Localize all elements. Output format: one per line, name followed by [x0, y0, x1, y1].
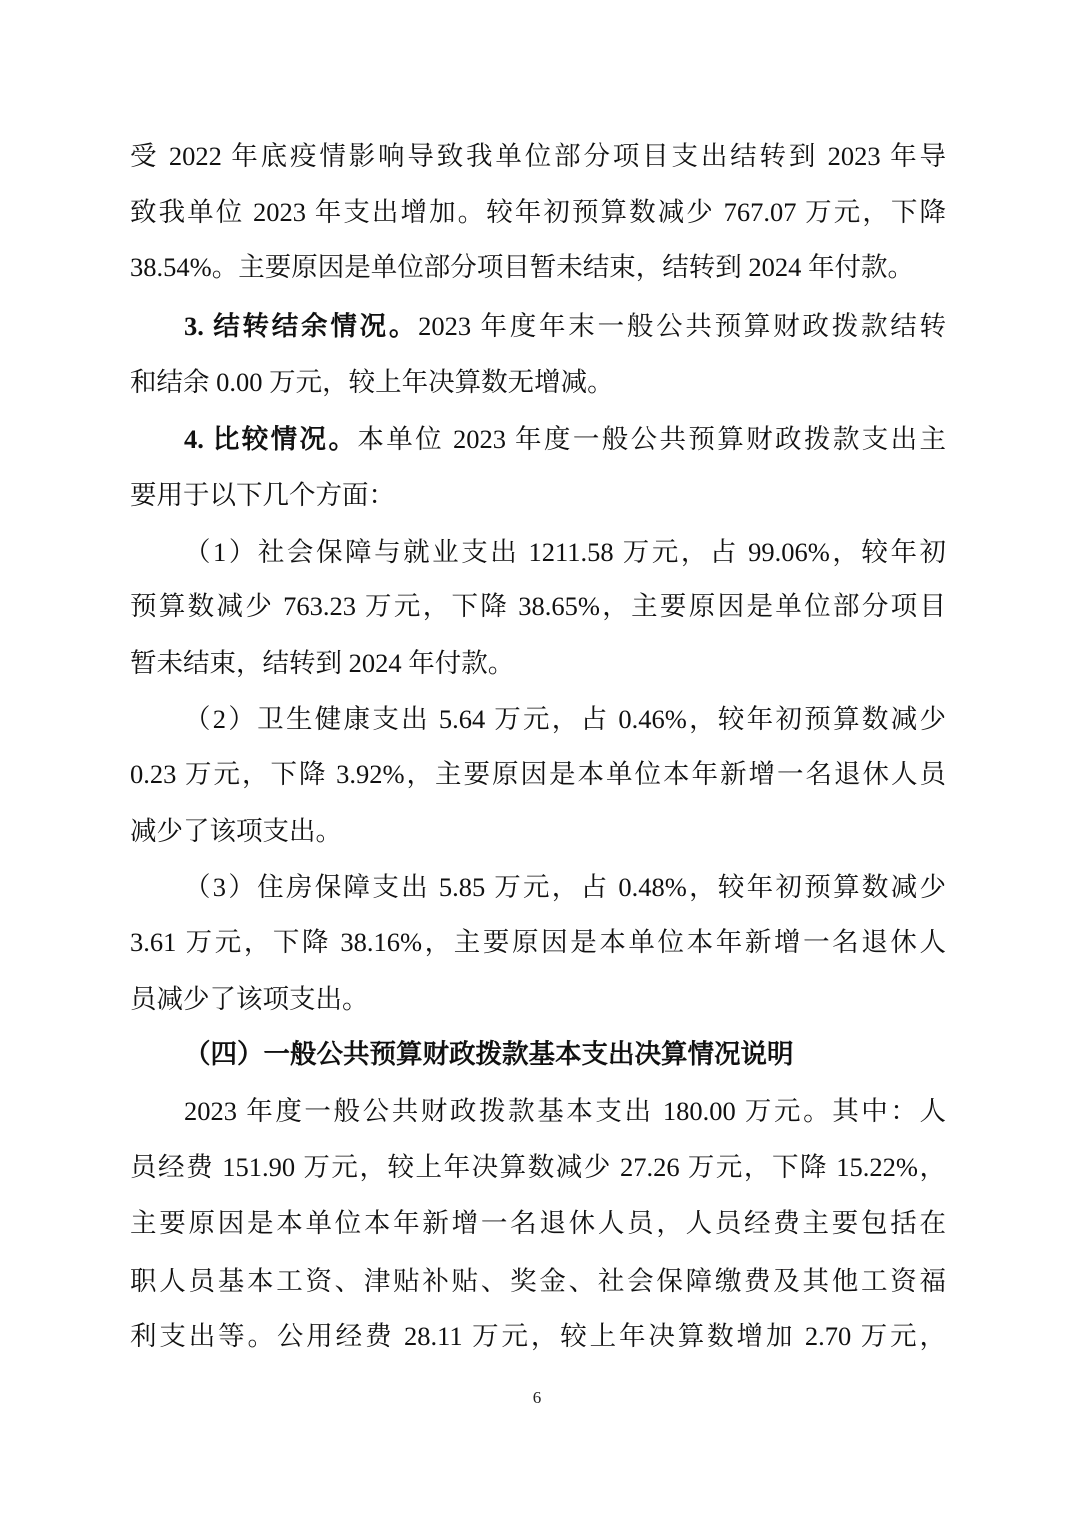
text-line: 减少了该项支出。 [130, 811, 946, 851]
text-line: 0.23 万元，下降 3.92%，主要原因是本单位本年新增一名退休人员 [130, 754, 946, 794]
page-number: 6 [0, 1388, 1074, 1408]
text-line: 员减少了该项支出。 [130, 979, 946, 1019]
text-span: 本单位 2023 年度一般公共预算财政拨款支出主 [357, 424, 946, 454]
text-line: 主要原因是本单位本年新增一名退休人员，人员经费主要包括在 [130, 1203, 946, 1243]
text-line: 预算数减少 763.23 万元，下降 38.65%，主要原因是单位部分项目 [130, 586, 946, 626]
section-3-title: 3. 结转结余情况。 [184, 311, 418, 341]
text-line: 和结余 0.00 万元，较上年决算数无增减。 [130, 362, 946, 402]
text-span: 2023 年度年末一般公共预算财政拨款结转 [418, 311, 946, 341]
section-3-line: 3. 结转结余情况。2023 年度年末一般公共预算财政拨款结转 [184, 306, 946, 346]
section-4-title: 4. 比较情况。 [184, 424, 357, 454]
section-4-line: 4. 比较情况。本单位 2023 年度一般公共预算财政拨款支出主 [184, 419, 946, 459]
item-2-line: （2）卫生健康支出 5.64 万元，占 0.46%，较年初预算数减少 [184, 699, 946, 739]
item-1-line: （1）社会保障与就业支出 1211.58 万元，占 99.06%，较年初 [184, 532, 946, 572]
text-line: 38.54%。主要原因是单位部分项目暂未结束，结转到 2024 年付款。 [130, 247, 946, 287]
text-line: 3.61 万元，下降 38.16%，主要原因是本单位本年新增一名退休人 [130, 922, 946, 962]
text-line: 要用于以下几个方面： [130, 475, 946, 515]
document-page: 受 2022 年底疫情影响导致我单位部分项目支出结转到 2023 年导 致我单位… [0, 0, 1074, 1520]
text-line: 致我单位 2023 年支出增加。较年初预算数减少 767.07 万元，下降 [130, 192, 946, 232]
section-heading: （四）一般公共预算财政拨款基本支出决算情况说明 [184, 1035, 794, 1075]
text-line: 职人员基本工资、津贴补贴、奖金、社会保障缴费及其他工资福 [130, 1261, 946, 1301]
item-3-line: （3）住房保障支出 5.85 万元，占 0.48%，较年初预算数减少 [184, 867, 946, 907]
text-line: 员经费 151.90 万元，较上年决算数减少 27.26 万元，下降 15.22… [130, 1147, 946, 1187]
text-line: 受 2022 年底疫情影响导致我单位部分项目支出结转到 2023 年导 [130, 136, 946, 176]
text-line: 利支出等。公用经费 28.11 万元，较上年决算数增加 2.70 万元， [130, 1316, 946, 1356]
text-line: 2023 年度一般公共财政拨款基本支出 180.00 万元。其中：人 [184, 1091, 946, 1131]
text-line: 暂未结束，结转到 2024 年付款。 [130, 643, 946, 683]
